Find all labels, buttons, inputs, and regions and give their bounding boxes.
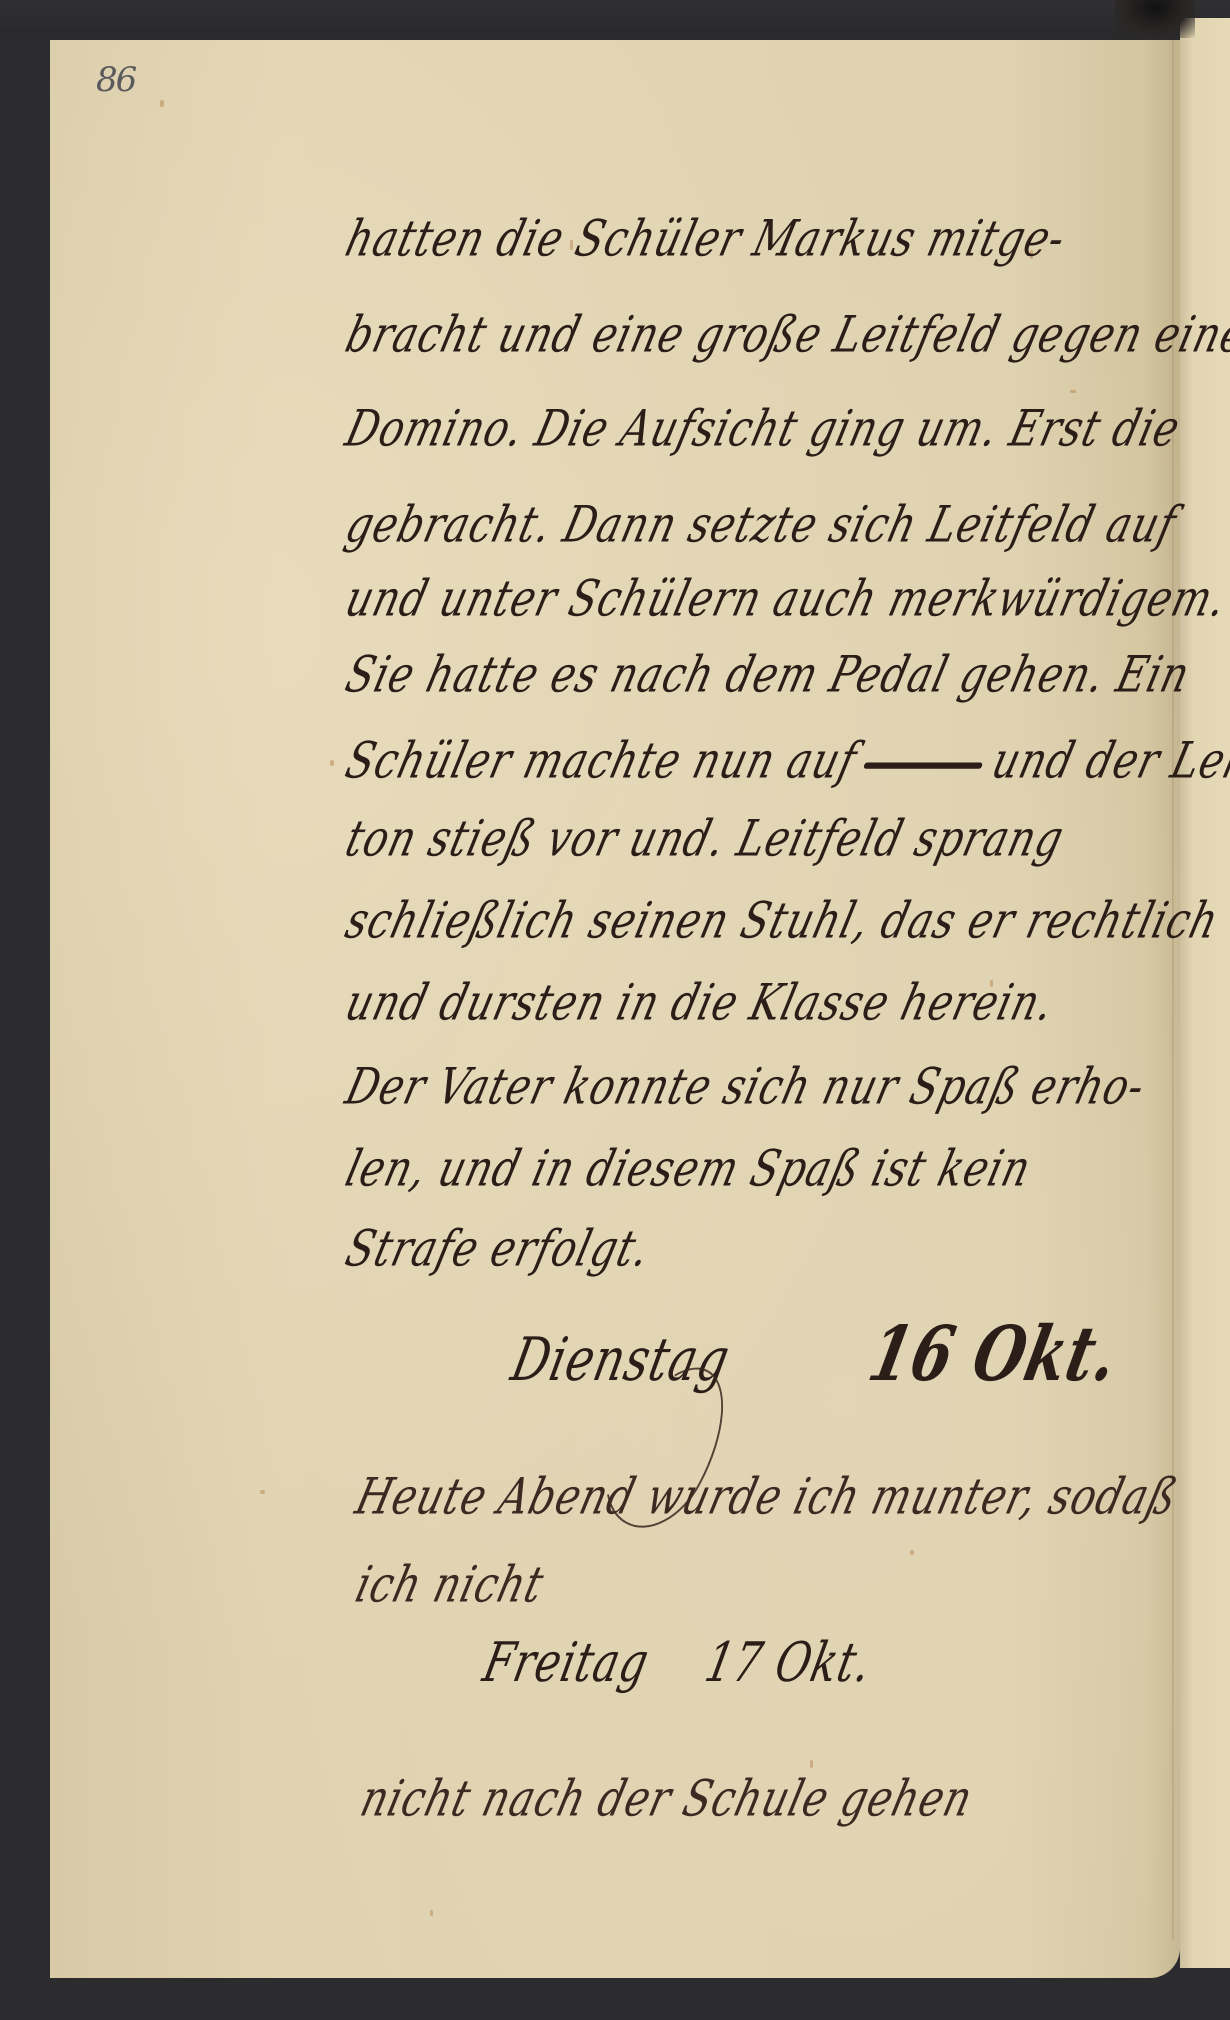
folio-number: 86 (96, 60, 135, 100)
date-heading: Dienstag 16 Okt. (505, 1310, 1126, 1398)
date-heading: Freitag 17 Okt. (478, 1630, 877, 1694)
weekday: Freitag (478, 1630, 655, 1694)
line-text-after-dash: und der Lehrer- (986, 733, 1230, 791)
manuscript-line: Sie hatte es nach dem Pedal gehen. Ein (340, 647, 1196, 705)
manuscript-line: Heute Abend wurde ich munter, sodaß (350, 1469, 1183, 1527)
manuscript-line: Der Vater konnte sich nur Spaß erho- (340, 1059, 1151, 1117)
manuscript-line: bracht und eine große Leitfeld gegen ein… (340, 307, 1230, 365)
long-dash (864, 762, 984, 768)
scan-background (0, 0, 1230, 40)
manuscript-line: und unter Schülern auch merkwürdigem. (340, 571, 1230, 629)
manuscript-line: ich nicht (350, 1557, 550, 1615)
manuscript-line: Strafe erfolgt. (340, 1221, 656, 1279)
manuscript-line-with-dash: Schüler machte nun aufund der Lehrer- (340, 733, 1230, 791)
manuscript-line: nicht nach der Schule gehen (355, 1771, 978, 1829)
date: 16 Okt. (862, 1310, 1126, 1398)
manuscript-line: hatten die Schüler Markus mitge- (340, 211, 1071, 269)
binding-shadow (1115, 0, 1195, 38)
manuscript-line: len, und in diesem Spaß ist kein (340, 1141, 1037, 1199)
manuscript-line: gebracht. Dann setzte sich Leitfeld auf (340, 497, 1182, 555)
manuscript-line: und dursten in die Klasse herein. (340, 975, 1060, 1033)
date: 17 Okt. (700, 1630, 877, 1694)
manuscript-line: ton stieß vor und. Leitfeld sprang (340, 811, 1070, 869)
line-text-before-dash: Schüler machte nun auf (340, 733, 863, 791)
manuscript-line: Domino. Die Aufsicht ging um. Erst die (340, 401, 1186, 459)
manuscript-line: schließlich seinen Stuhl, das er rechtli… (340, 893, 1225, 951)
